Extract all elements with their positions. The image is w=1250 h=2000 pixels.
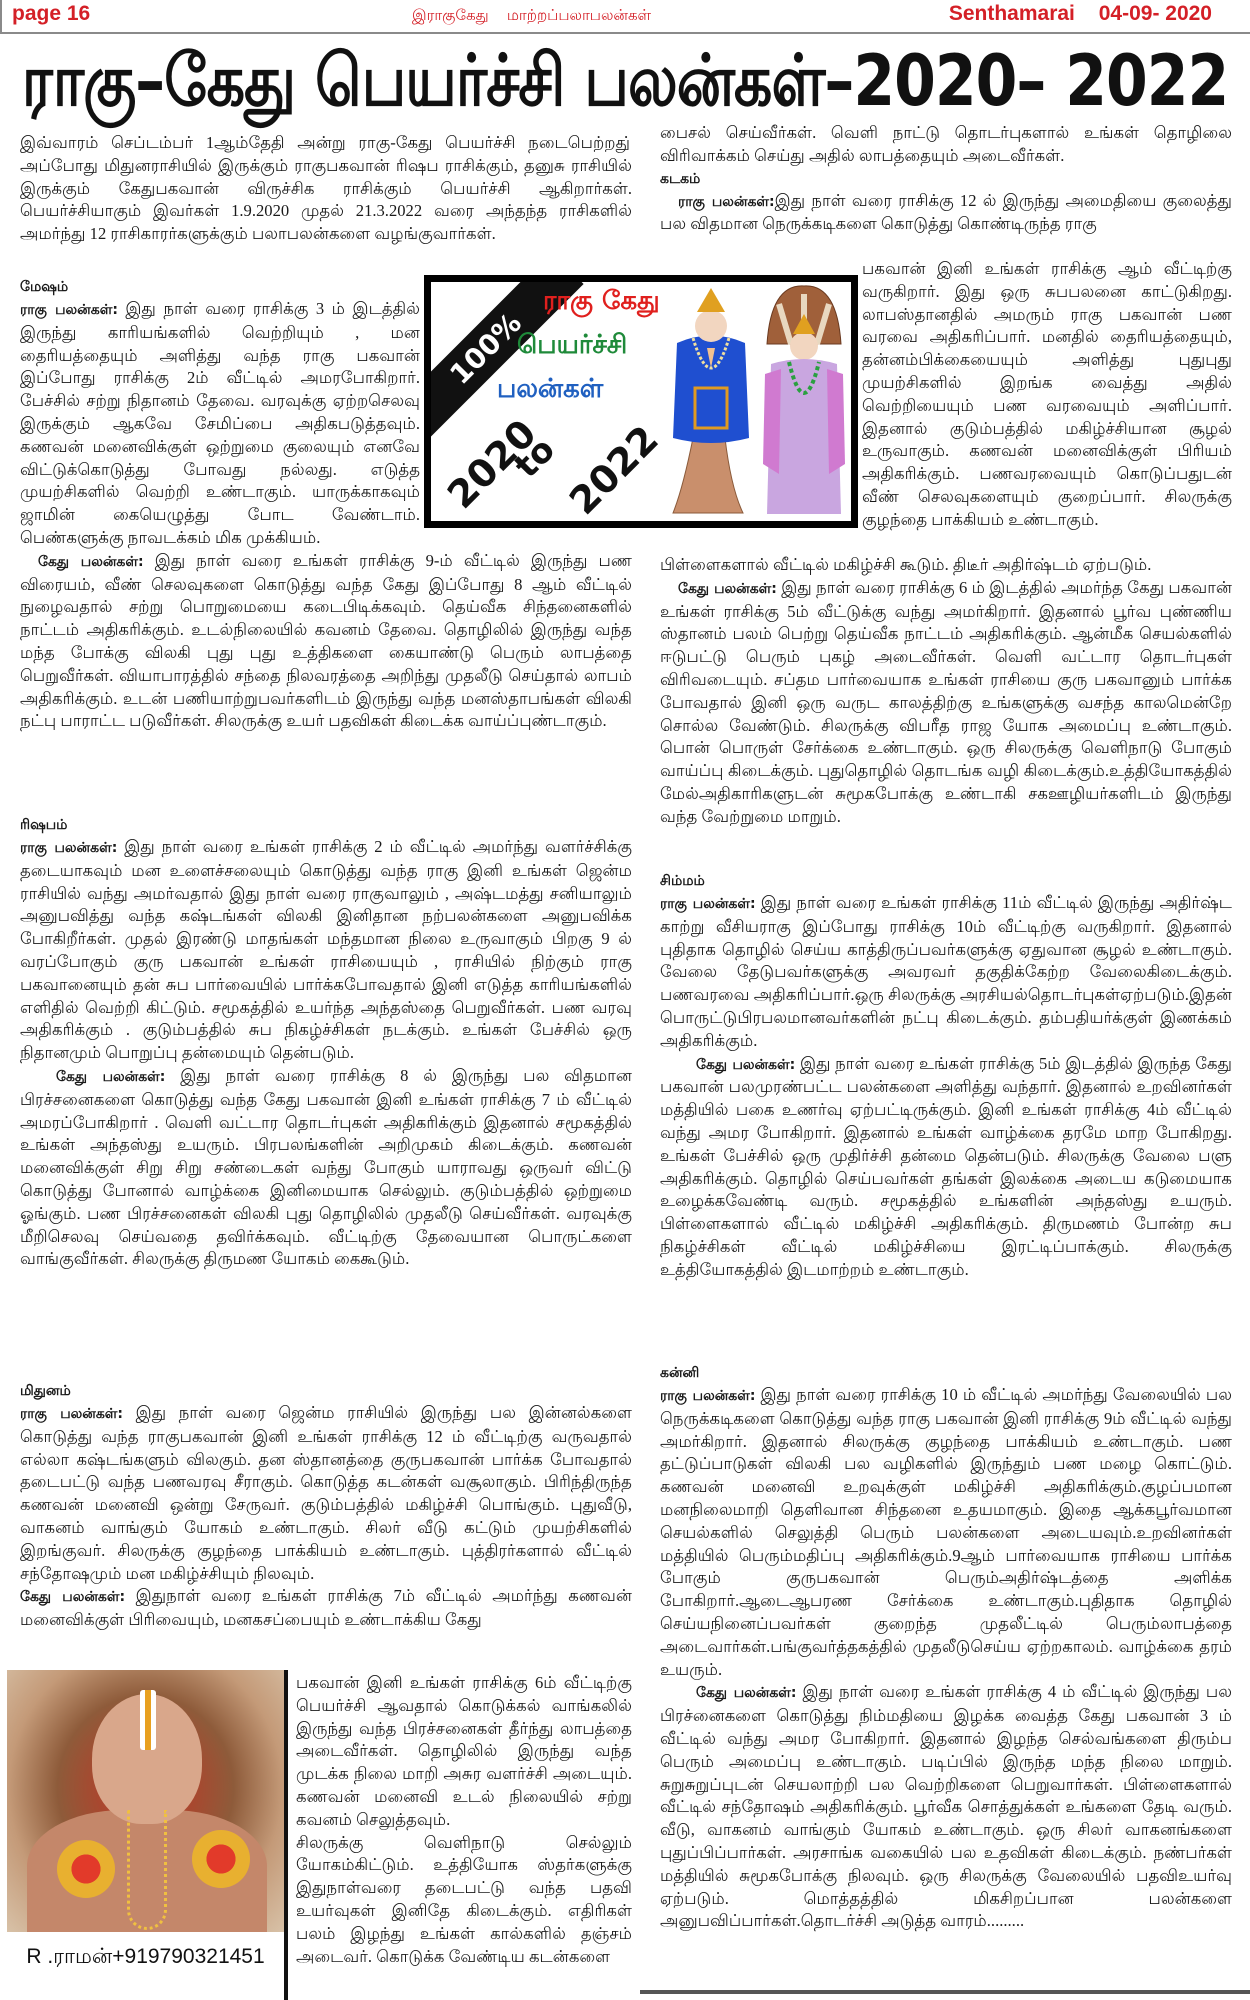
promo-year-to: 2022 — [561, 417, 667, 521]
rahu-paragraph-kadagam: ராகு பலன்கள்:இது நாள் வரை ராசிக்கு 12 ல்… — [660, 190, 1232, 237]
issue-date: 04-09- 2020 — [1099, 2, 1212, 25]
promo-line-2: பெயர்ச்சி — [517, 330, 627, 363]
rahu-label: ராகு பலன்கள்: — [20, 302, 118, 318]
rahu-paragraph-kanni: ராகு பலன்கள்: இது நாள் வரை ராசிக்கு 10 ம… — [660, 1384, 1232, 1681]
section-title-part-1: இராகுகேது — [412, 7, 489, 24]
ketu-paragraph-mithunam: கேது பலன்கள்: இதுநாள் வரை உங்கள் ராசிக்க… — [20, 1585, 632, 1632]
ketu-paragraph-simmam: கேது பலன்கள்: இது நாள் வரை உங்கள் ராசிக்… — [660, 1053, 1232, 1282]
sign-section-simmam: சிம்மம் ராகு பலன்கள்: இது நாள் வரை உங்கள… — [660, 870, 1232, 1282]
page-headline: ராகு–கேது பெயர்ச்சி பலன்கள்–2020– 2022 — [0, 46, 1250, 117]
sign-heading-kadagam: கடகம் — [660, 168, 1232, 190]
sign-heading-mithunam: மிதுனம் — [20, 1380, 632, 1402]
author-photo — [7, 1670, 284, 1932]
sign-heading-rishabam: ரிஷபம் — [20, 814, 632, 836]
ketu-paragraph-mesham: கேது பலன்கள்: இது நாள் வரை உங்கள் ராசிக்… — [20, 550, 632, 733]
bottom-rule — [640, 1990, 1250, 1994]
ketu-paragraph-kanni: கேது பலன்கள்: இது நாள் வரை உங்கள் ராசிக்… — [660, 1681, 1232, 1933]
masthead: Senthamarai 04-09- 2020 — [931, 2, 1212, 26]
column-divider — [284, 1670, 288, 2000]
mithunam-ketu-carryover: பைசல் செய்வீர்கள். வெளி நாட்டு தொடர்புகள… — [660, 122, 1232, 168]
sign-heading-simmam: சிம்மம் — [660, 870, 1232, 892]
tilak-mark — [140, 1690, 156, 1750]
rahu-deity-illustration — [663, 288, 759, 518]
promo-line-1: ராகு கேது — [543, 286, 660, 319]
ketu-paragraph-mithunam-wrapped: பகவான் இனி உங்கள் ராசிக்கு 6ம் வீட்டிற்க… — [296, 1672, 632, 1968]
page-header-bar: page 16 இராகுகேது மாற்றப்பலாபலன்கள் Sent… — [0, 0, 1250, 34]
ketu-paragraph-kadagam: கேது பலன்கள்: இது நாள் வரை ராசிக்கு 6 ம்… — [660, 577, 1232, 829]
publication-name: Senthamarai — [949, 2, 1075, 25]
kadagam-continued: பிள்ளைகளால் வீட்டில் மகிழ்ச்சி கூடும். த… — [660, 554, 1232, 829]
ketu-paragraph-rishabam: கேது பலன்கள்: இது நாள் வரை ராசிக்கு 8 ல்… — [20, 1065, 632, 1271]
rahu-paragraph-simmam: ராகு பலன்கள்: இது நாள் வரை உங்கள் ராசிக்… — [660, 892, 1232, 1053]
ornament-icon — [192, 1830, 250, 1888]
ketu-label: கேது பலன்கள்: — [38, 554, 144, 570]
intro-paragraph: இவ்வாரம் செப்டம்பர் 1ஆம்தேதி அன்று ராகு-… — [20, 132, 632, 246]
sign-section-kanni: கன்னி ராகு பலன்கள்: இது நாள் வரை ராசிக்க… — [660, 1362, 1232, 1933]
sign-section-kadagam: பைசல் செய்வீர்கள். வெளி நாட்டு தொடர்புகள… — [660, 122, 1232, 236]
rahu-paragraph-rishabam: ராகு பலன்கள்: இது நாள் வரை உங்கள் ராசிக்… — [20, 836, 632, 1065]
promo-line-3: பலன்கள் — [497, 374, 603, 407]
page-number: page 16 — [12, 2, 90, 26]
author-caption: R .ராமன்+919790321451 — [7, 1932, 284, 1982]
sign-section-rishabam: ரிஷபம் ராகு பலன்கள்: இது நாள் வரை உங்கள்… — [20, 814, 632, 1271]
sign-heading-kanni: கன்னி — [660, 1362, 1232, 1384]
ketu-deity-illustration — [761, 284, 847, 518]
rahu-paragraph-mithunam: ராகு பலன்கள்: இது நாள் வரை ஜென்ம ராசியில… — [20, 1402, 632, 1585]
sign-section-mithunam: மிதுனம் ராகு பலன்கள்: இது நாள் வரை ஜென்ம… — [20, 1380, 632, 1632]
rahu-ketu-promo-image: 100% ராகு கேது பெயர்ச்சி பலன்கள் 2020 to… — [424, 275, 858, 528]
section-title-part-2: மாற்றப்பலாபலன்கள் — [507, 7, 651, 24]
rahu-paragraph-mesham: ராகு பலன்கள்: இது நாள் வரை ராசிக்கு 3 ம்… — [20, 298, 420, 550]
ornament-icon — [57, 1840, 115, 1898]
article-intro: இவ்வாரம் செப்டம்பர் 1ஆம்தேதி அன்று ராகு-… — [20, 132, 632, 246]
section-title: இராகுகேது மாற்றப்பலாபலன்கள் — [412, 7, 665, 26]
rahu-paragraph-kadagam-wrapped: பகவான் இனி உங்கள் ராசிக்கு ஆம் வீட்டிற்க… — [862, 258, 1232, 532]
